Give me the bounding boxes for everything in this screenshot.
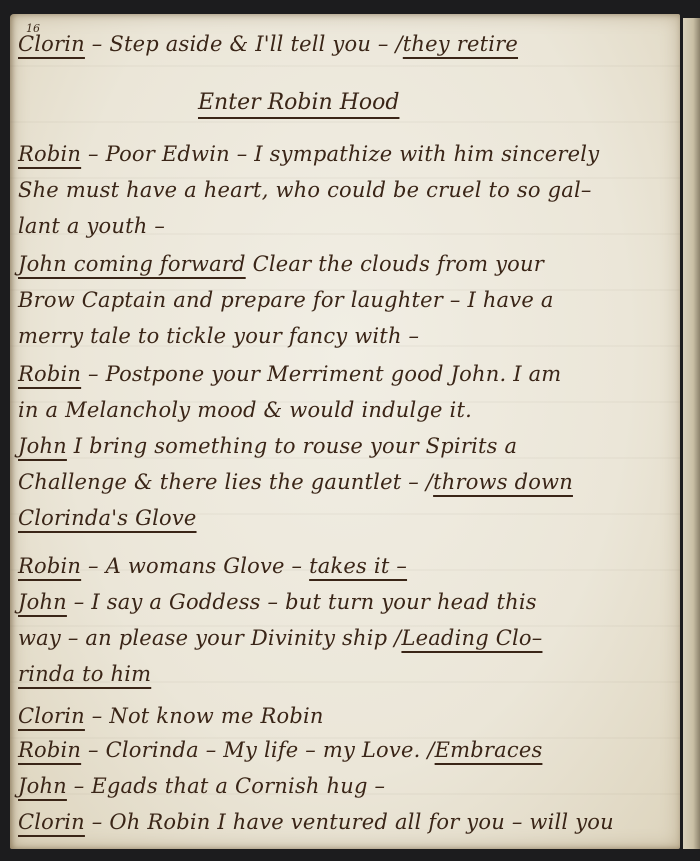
speaker-name: Robin xyxy=(18,554,81,578)
manuscript-line: rinda to him xyxy=(18,662,151,686)
manuscript-line: lant a youth – xyxy=(18,214,165,238)
manuscript-line: John – I say a Goddess – but turn your h… xyxy=(18,590,537,614)
line-text: in a Melancholy mood & would indulge it. xyxy=(18,398,472,422)
line-text: – Step aside & I'll tell you – xyxy=(85,32,396,56)
stage-direction: rinda to him xyxy=(18,662,151,686)
manuscript-line: Robin – Clorinda – My life – my Love. /E… xyxy=(18,738,542,762)
manuscript-line: She must have a heart, who could be crue… xyxy=(18,178,592,202)
line-text: – Clorinda – My life – my Love. xyxy=(81,738,427,762)
line-text: – Oh Robin I have ventured all for you –… xyxy=(85,810,614,834)
speaker-name: John xyxy=(18,774,67,798)
direction-mark: / xyxy=(426,470,433,494)
line-text: Clear the clouds from your xyxy=(246,252,544,276)
stage-direction: Embraces xyxy=(435,738,543,762)
direction-mark: / xyxy=(396,32,403,56)
line-text: – I say a Goddess – but turn your head t… xyxy=(67,590,537,614)
speaker-name: John xyxy=(18,590,67,614)
speaker-name: Robin xyxy=(18,362,81,386)
manuscript-line: Clorinda's Glove xyxy=(18,506,197,530)
stage-direction: they retire xyxy=(403,32,518,56)
speaker-name: Clorin xyxy=(18,704,85,728)
speaker-name: Clorin xyxy=(18,32,85,56)
speaker-name: Robin xyxy=(18,142,81,166)
manuscript-line: Clorin – Not know me Robin xyxy=(18,704,324,728)
manuscript-line: way – an please your Divinity ship /Lead… xyxy=(18,626,542,650)
direction-mark: / xyxy=(427,738,434,762)
stage-direction: throws down xyxy=(433,470,573,494)
manuscript-line: John coming forward Clear the clouds fro… xyxy=(18,252,544,276)
speaker-name: John xyxy=(18,434,67,458)
stage-direction: Leading Clo– xyxy=(401,626,542,650)
manuscript-line: Robin – A womans Glove – takes it – xyxy=(18,554,407,578)
manuscript-line: Robin – Postpone your Merriment good Joh… xyxy=(18,362,561,386)
line-text: lant a youth – xyxy=(18,214,165,238)
line-text: Challenge & there lies the gauntlet – xyxy=(18,470,426,494)
scene-heading: Enter Robin Hood xyxy=(198,90,399,115)
manuscript-line: Brow Captain and prepare for laughter – … xyxy=(18,288,554,312)
book-page-edge xyxy=(683,18,700,849)
line-text: merry tale to tickle your fancy with – xyxy=(18,324,419,348)
line-text: Brow Captain and prepare for laughter – … xyxy=(18,288,554,312)
line-text: – Egads that a Cornish hug – xyxy=(67,774,385,798)
manuscript-line: Challenge & there lies the gauntlet – /t… xyxy=(18,470,573,494)
manuscript-line: Clorin – Step aside & I'll tell you – /t… xyxy=(18,32,518,56)
line-text: I bring something to rouse your Spirits … xyxy=(67,434,517,458)
manuscript-line: John I bring something to rouse your Spi… xyxy=(18,434,517,458)
line-text: – Not know me Robin xyxy=(85,704,324,728)
line-text: – A womans Glove – xyxy=(81,554,309,578)
line-text: She must have a heart, who could be crue… xyxy=(18,178,592,202)
manuscript-line: in a Melancholy mood & would indulge it. xyxy=(18,398,472,422)
manuscript-line: Robin – Poor Edwin – I sympathize with h… xyxy=(18,142,599,166)
speaker-name: John coming forward xyxy=(18,252,246,276)
speaker-name: Robin xyxy=(18,738,81,762)
manuscript-line: Clorin – Oh Robin I have ventured all fo… xyxy=(18,810,614,834)
line-text: – Postpone your Merriment good John. I a… xyxy=(81,362,561,386)
manuscript-page: 16 Clorin – Step aside & I'll tell you –… xyxy=(10,14,680,849)
stage-direction: takes it – xyxy=(309,554,407,578)
stage-direction: Clorinda's Glove xyxy=(18,506,197,530)
line-text: – Poor Edwin – I sympathize with him sin… xyxy=(81,142,599,166)
speaker-name: Clorin xyxy=(18,810,85,834)
line-text: way – an please your Divinity ship xyxy=(18,626,394,650)
manuscript-line: John – Egads that a Cornish hug – xyxy=(18,774,385,798)
manuscript-line: merry tale to tickle your fancy with – xyxy=(18,324,419,348)
